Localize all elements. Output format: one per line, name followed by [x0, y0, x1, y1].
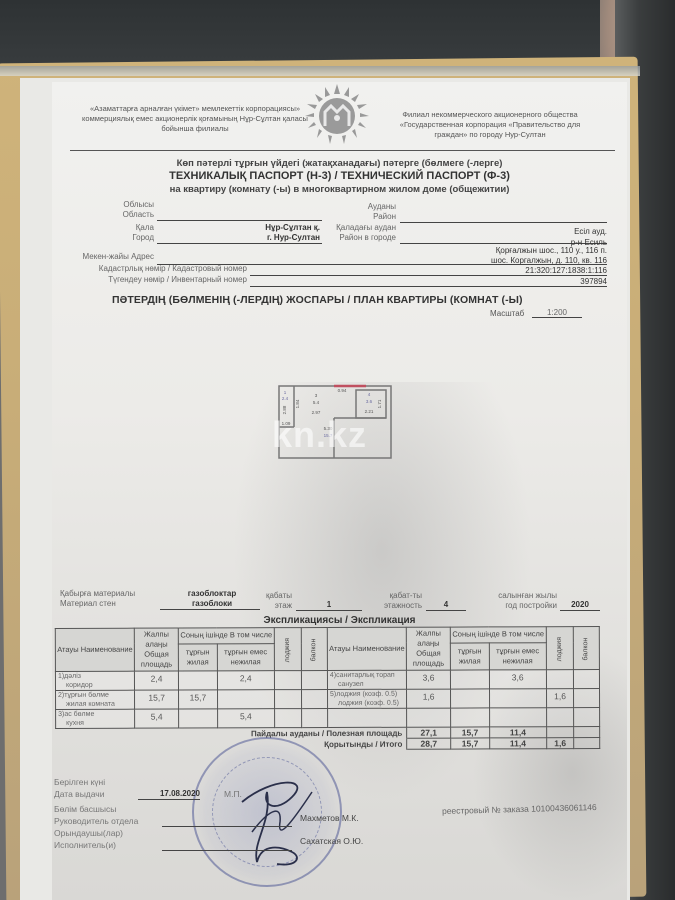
scale-label: Масштаб: [490, 309, 524, 318]
table-header-row: Атауы Наименование Жалпы алаңы Общая пло…: [55, 627, 599, 644]
svg-text:2.88: 2.88: [282, 405, 287, 414]
cell-living: 15,7: [451, 727, 490, 738]
col-living: тұрғын жилая: [178, 643, 217, 671]
floor-value: 1: [296, 600, 362, 609]
executor-label-kz: Орындаушы(лар): [54, 828, 123, 839]
inventory-label: Түгендеу нөмір / Инвентарный номер: [52, 275, 247, 284]
rayon-label-kz: Ауданы: [312, 202, 396, 211]
cell-balcony: [302, 671, 328, 690]
oblast-field-line: [157, 220, 322, 221]
cell-nonliving: [489, 689, 546, 708]
seal-mark: М.П.: [224, 789, 242, 800]
city-district-label-ru: Район в городе: [302, 233, 396, 242]
floors-value: 4: [426, 600, 466, 609]
issue-date-line: [138, 799, 200, 800]
cell-living: [179, 671, 218, 690]
rayon-field-line: [400, 222, 607, 223]
cell-balcony: [302, 690, 328, 709]
cell-room-name: 2)тұрғын бөлмежилая комната: [56, 690, 135, 709]
city-district-label-kz: Қаладағы аудан: [302, 223, 396, 232]
table-row: 3)ас бөлмекухня5,45,4: [56, 708, 600, 729]
col-nonliving: тұрғын емес нежилая: [489, 642, 546, 670]
floors-label-kz: қабат-ты: [362, 591, 422, 600]
technical-passport-page: «Азаматтарға арналған үкімет» мемлекетті…: [52, 82, 627, 900]
col-name: Атауы Наименование: [327, 627, 406, 670]
executor-signature-line: [162, 850, 292, 851]
org-name-kz: «Азаматтарға арналған үкімет» мемлекетті…: [80, 104, 310, 134]
svg-text:5.4: 5.4: [313, 400, 320, 405]
scale-value: 1:200: [532, 308, 582, 318]
title-kz: Көп пәтерлі тұрғын үйдегі (жатақханадағы…: [52, 158, 627, 169]
cell-living: [451, 689, 490, 708]
sun-emblem-icon: [292, 82, 382, 152]
svg-text:4: 4: [368, 392, 371, 397]
cell-nonliving: [489, 708, 546, 727]
oblast-label-ru: Область: [62, 210, 154, 219]
plan-title: ПӘТЕРДІҢ (БӨЛМЕНІҢ (-ЛЕРДІҢ) ЖОСПАРЫ / П…: [112, 294, 523, 306]
cell-loggia: 1,6: [547, 738, 574, 749]
floors-line: [426, 610, 466, 611]
room-name-kz: 4)санитарлық торап: [330, 671, 406, 680]
cell-loggia: [546, 670, 573, 689]
org-name-ru: Филиал некоммерческого акционерного обще…: [390, 110, 590, 140]
cell-balcony: [302, 709, 328, 728]
cell-total: 3,6: [407, 670, 451, 689]
cell-loggia: 1,6: [546, 689, 573, 708]
cell-nonliving: 2,4: [217, 671, 274, 690]
cell-nonliving: [217, 690, 274, 709]
issue-date-label-ru: Дата выдачи: [54, 789, 105, 800]
cell-total: 15,7: [135, 690, 179, 709]
title-ru: на квартиру (комнату (-ы) в многоквартир…: [52, 184, 627, 195]
room-name-ru: жилая комната: [58, 700, 134, 709]
col-including: Соның ішінде В том числе: [178, 628, 274, 644]
svg-text:0.94: 0.94: [338, 388, 347, 393]
document-title: ТЕХНИКАЛЫҚ ПАСПОРТ (Н-3) / ТЕХНИЧЕСКИЙ П…: [52, 170, 627, 182]
cell-room-name: 5)лоджия (коэф. 0.5)лоджия (коэф. 0.5): [327, 689, 406, 708]
city-district-value-kz: Есіл ауд.: [492, 227, 607, 236]
head-signature-line: [162, 826, 292, 827]
svg-text:1: 1: [284, 390, 287, 395]
cell-room-name: 4)санитарлық торапсанузел: [327, 670, 406, 689]
room-name-ru: кухня: [58, 719, 134, 728]
wall-material-label-ru: Материал стен: [60, 599, 160, 608]
wall-material-value-ru: газоблоки: [162, 599, 262, 608]
room-name-kz: 1)дәліз: [58, 672, 134, 681]
address-value-kz: Қорғалжын шос., 110 у., 116 п.: [392, 246, 607, 255]
cell-room-name: [328, 708, 407, 727]
cell-loggia: [546, 727, 573, 738]
cell-living: [450, 670, 489, 689]
svg-text:3: 3: [315, 393, 318, 398]
col-balcony: балкон: [573, 627, 599, 670]
cell-loggia: [274, 671, 301, 690]
col-balcony: балкон: [302, 628, 328, 671]
cell-total: 1,6: [407, 689, 451, 708]
cell-room-name: 3)ас бөлмекухня: [56, 709, 135, 728]
cell-loggia: [546, 708, 573, 727]
cell-balcony: [574, 727, 600, 738]
cell-nonliving: 3,6: [489, 670, 546, 689]
cell-living: 15,7: [179, 690, 218, 709]
cell-total: [407, 708, 451, 727]
col-including: Соның ішінде В том числе: [450, 627, 546, 643]
svg-text:3.6: 3.6: [366, 399, 373, 404]
floor-line: [296, 610, 362, 611]
cell-balcony: [574, 689, 600, 708]
cell-nonliving: 11,4: [489, 738, 546, 749]
grand-total-row: Қорытынды / Итого 28,7 15,7 11,4 1,6: [56, 738, 600, 751]
watermark: kn.kz: [272, 414, 367, 456]
cell-total: 2,4: [135, 671, 179, 690]
svg-text:1.84: 1.84: [295, 399, 300, 408]
city-label-ru: Город: [62, 233, 154, 242]
cell-total: 5,4: [135, 709, 179, 728]
explication-title: Экспликациясы / Экспликация: [52, 615, 627, 626]
cell-room-name: 1)дәлізкоридор: [55, 671, 134, 690]
col-total: Жалпы алаңы Общая площадь: [406, 627, 450, 670]
divider: [70, 150, 615, 151]
useful-area-label: Пайдалы ауданы / Полезная площадь: [56, 727, 407, 739]
room-name-ru: санузел: [330, 680, 406, 689]
svg-text:1.71: 1.71: [377, 399, 382, 408]
cell-balcony: [574, 708, 600, 727]
issue-date-label-kz: Берілген күні: [54, 777, 105, 788]
cell-total: 28,7: [407, 738, 451, 749]
cell-nonliving: 5,4: [217, 709, 274, 728]
cadastral-field-line: [250, 275, 607, 276]
floors-label-ru: этажность: [362, 601, 422, 610]
room-name-ru: лоджия (коэф. 0.5): [330, 699, 406, 708]
inventory-field-line: [250, 286, 607, 287]
inventory-value: 397894: [432, 277, 607, 286]
wall-material-label-kz: Қабырға материалы: [60, 589, 160, 598]
oblast-label-kz: Облысы: [62, 200, 154, 209]
col-name: Атауы Наименование: [55, 628, 134, 671]
room-name-kz: 2)тұрғын бөлме: [58, 691, 134, 700]
year-value: 2020: [560, 600, 600, 609]
wall-material-line: [160, 609, 260, 610]
issue-date-value: 17.08.2020: [140, 789, 200, 798]
head-label-ru: Руководитель отдела: [54, 816, 138, 827]
floor-label-kz: қабаты: [252, 591, 292, 600]
col-living: тұрғын жилая: [450, 642, 489, 670]
col-total: Жалпы алаңы Общая площадь: [134, 628, 178, 671]
address-label: Мекен-жайы Адрес: [52, 252, 154, 261]
year-label-ru: год постройки: [472, 601, 557, 610]
head-name: Махметов М.К.: [300, 813, 359, 823]
wall-material-value-kz: газоблоктар: [162, 589, 262, 598]
cadastral-value: 21:320:127:1838:1:116: [432, 266, 607, 275]
svg-text:2.4: 2.4: [282, 396, 289, 401]
year-label-kz: салынған жылы: [472, 591, 557, 600]
order-number: реестровый № заказа 10100436061146: [442, 802, 597, 816]
cell-living: [451, 708, 490, 727]
cell-balcony: [574, 738, 600, 749]
cell-total: 27,1: [407, 727, 451, 738]
cell-loggia: [274, 690, 301, 709]
table-row: 2)тұрғын бөлмежилая комната15,715,75)лод…: [56, 689, 600, 710]
cell-living: 15,7: [451, 738, 490, 749]
col-nonliving: тұрғын емес нежилая: [217, 643, 274, 671]
room-name-kz: 5)лоджия (коэф. 0.5): [330, 690, 406, 699]
city-field-line: [157, 243, 322, 244]
cell-nonliving: 11,4: [489, 727, 546, 738]
col-loggia: лоджия: [274, 628, 302, 671]
col-loggia: лоджия: [546, 627, 574, 670]
year-line: [560, 610, 600, 611]
explication-table: Атауы Наименование Жалпы алаңы Общая пло…: [55, 626, 600, 751]
table-row: 1)дәлізкоридор2,42,44)санитарлық торапса…: [55, 670, 599, 691]
executor-name: Сахатская О.Ю.: [300, 836, 363, 846]
cell-living: [179, 709, 218, 728]
room-name-kz: 3)ас бөлме: [58, 710, 134, 719]
rayon-label-ru: Район: [312, 212, 396, 221]
folder-edge: [0, 66, 640, 76]
head-label-kz: Бөлім басшысы: [54, 804, 116, 815]
cadastral-label: Кадастрлық нөмір / Кадастровый номер: [52, 264, 247, 273]
executor-label-ru: Исполнитель(и): [54, 840, 116, 851]
cell-loggia: [274, 709, 301, 728]
room-name-ru: коридор: [58, 681, 134, 690]
floor-label-ru: этаж: [252, 601, 292, 610]
cell-balcony: [574, 670, 600, 689]
city-label-kz: Қала: [62, 223, 154, 232]
